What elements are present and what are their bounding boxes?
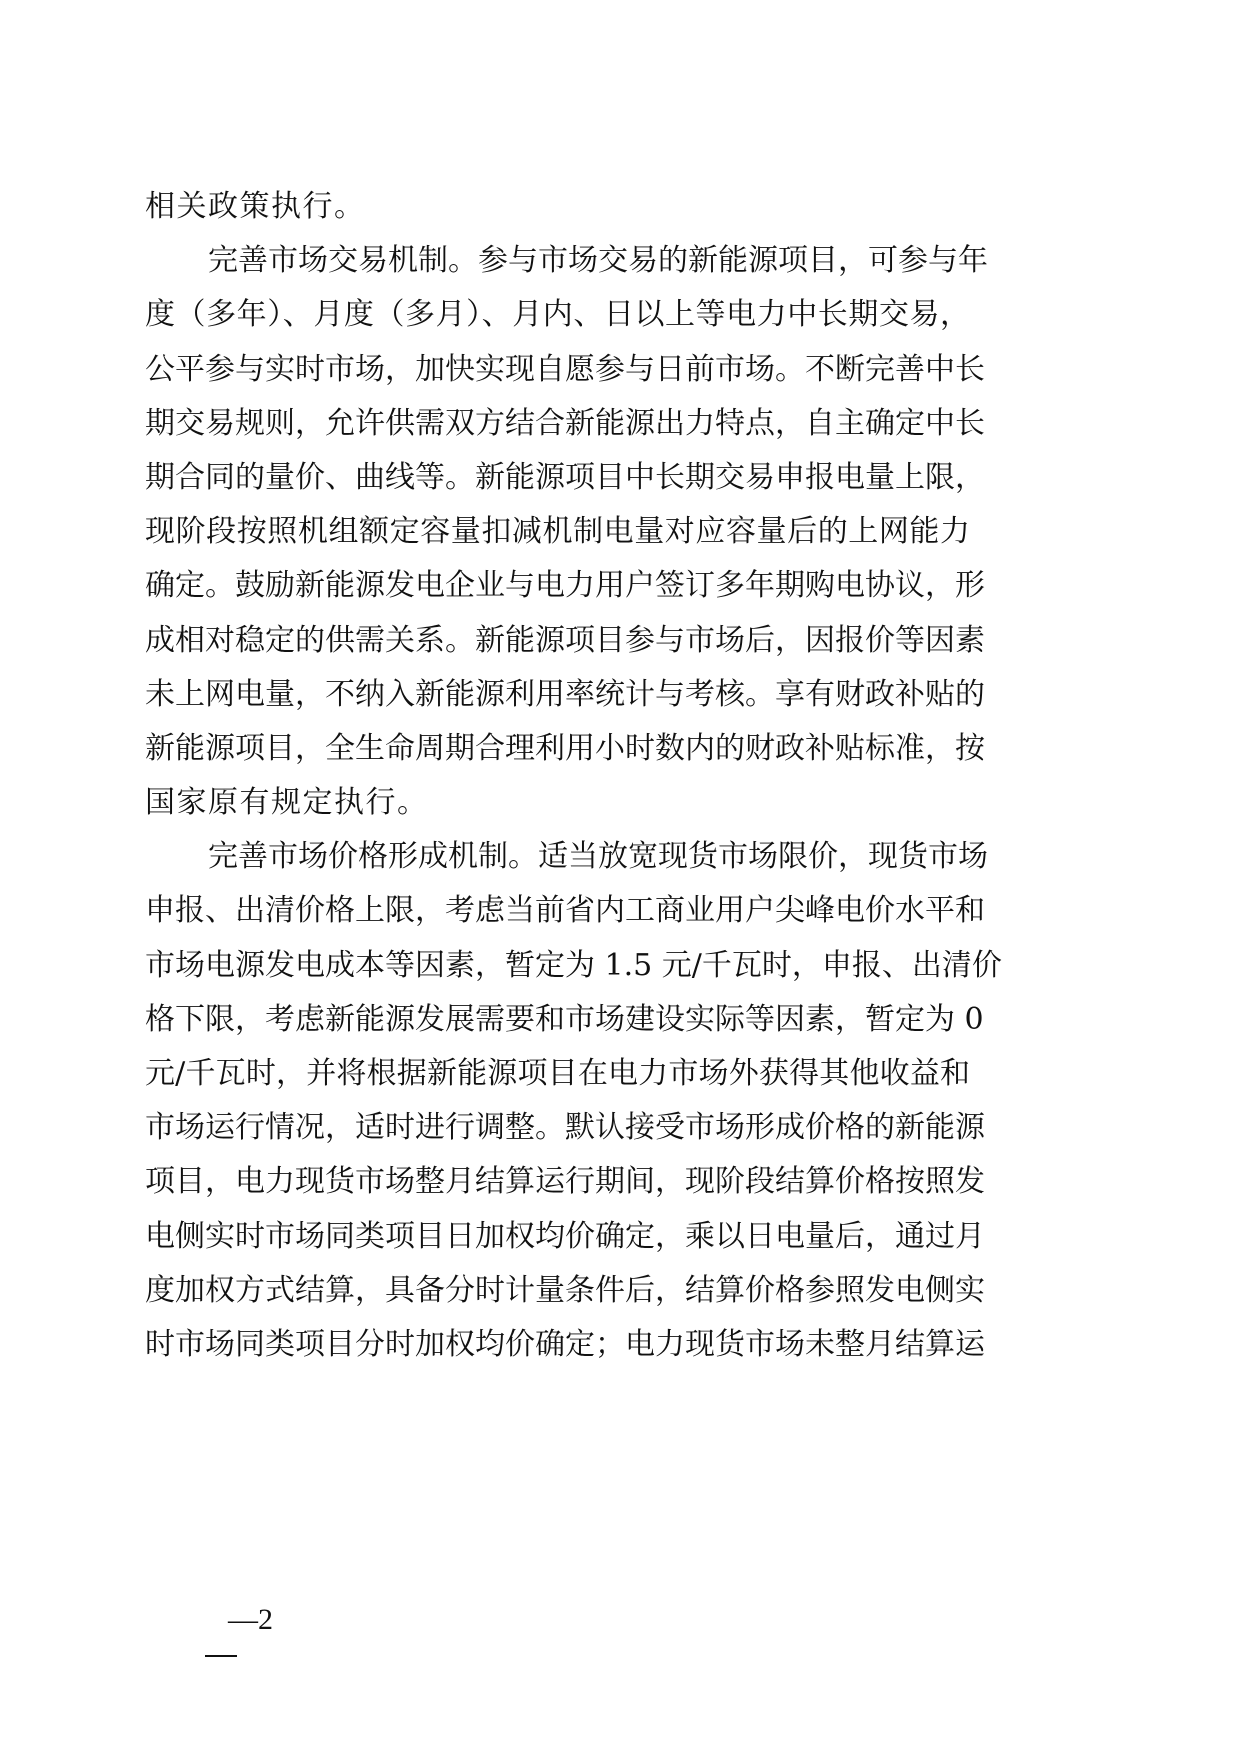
text-line: 期合同的量价、曲线等。新能源项目中长期交易申报电量上限，: [145, 451, 970, 505]
text-line: 成相对稳定的供需关系。新能源项目参与市场后，因报价等因素: [145, 614, 970, 668]
text-line: 度（多年）、月度（多月）、月内、日以上等电力中长期交易，: [145, 288, 970, 342]
text-line: 公平参与实时市场，加快实现自愿参与日前市场。不断完善中长: [145, 343, 970, 397]
text-line: 市场运行情况，适时进行调整。默认接受市场形成价格的新能源: [145, 1101, 970, 1155]
text-line: 确定。鼓励新能源发电企业与电力用户签订多年期购电协议，形: [145, 559, 970, 613]
text-line: 时市场同类项目分时加权均价确定；电力现货市场未整月结算运: [145, 1318, 970, 1372]
text-line: 现阶段按照机组额定容量扣减机制电量对应容量后的上网能力: [145, 505, 970, 559]
text-line: 市场电源发电成本等因素，暂定为 1.5 元/千瓦时，申报、出清价: [145, 939, 970, 993]
text-line: 期交易规则，允许供需双方结合新能源出力特点，自主确定中长: [145, 397, 970, 451]
text-line: 电侧实时市场同类项目日加权均价确定，乘以日电量后，通过月: [145, 1210, 970, 1264]
text-line: 格下限，考虑新能源发展需要和市场建设实际等因素，暂定为 0: [145, 993, 970, 1047]
text-line: 未上网电量，不纳入新能源利用率统计与考核。享有财政补贴的: [145, 668, 970, 722]
text-line: 度加权方式结算，具备分时计量条件后，结算价格参照发电侧实: [145, 1264, 970, 1318]
text-line: 项目，电力现货市场整月结算运行期间，现阶段结算价格按照发: [145, 1155, 970, 1209]
text-line: 申报、出清价格上限，考虑当前省内工商业用户尖峰电价水平和: [145, 884, 970, 938]
text-line: 新能源项目，全生命周期合理利用小时数内的财政补贴标准，按: [145, 722, 970, 776]
text-line: 完善市场价格形成机制。适当放宽现货市场限价，现货市场: [145, 830, 970, 884]
text-line: 国家原有规定执行。: [145, 776, 970, 830]
document-body: 相关政策执行。 完善市场交易机制。参与市场交易的新能源项目，可参与年 度（多年）…: [145, 180, 970, 1372]
text-line: 完善市场交易机制。参与市场交易的新能源项目，可参与年: [145, 234, 970, 288]
text-line: 元/千瓦时，并将根据新能源项目在电力市场外获得其他收益和: [145, 1047, 970, 1101]
footer-dash: [205, 1655, 237, 1657]
page-number: —2: [228, 1603, 273, 1637]
text-line: 相关政策执行。: [145, 180, 970, 234]
